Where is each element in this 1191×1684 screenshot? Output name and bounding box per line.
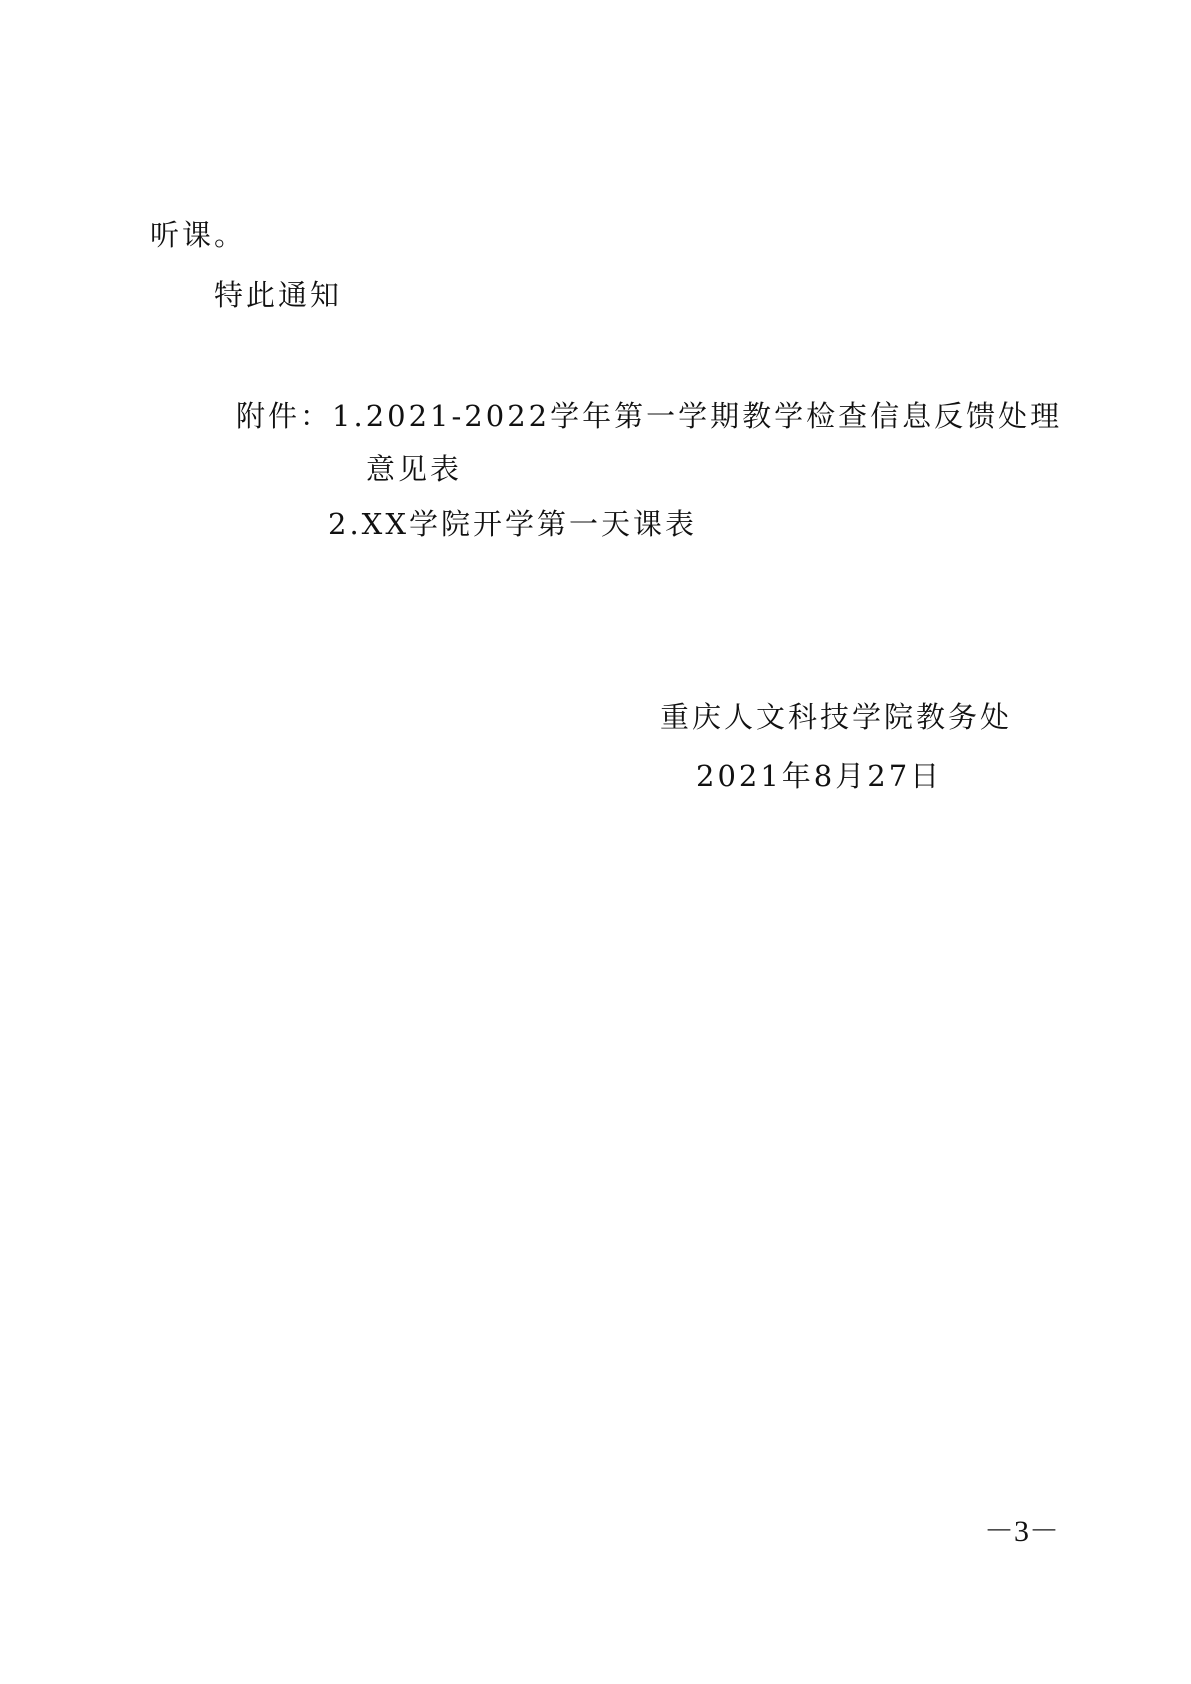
body-continuation: 听课。 — [150, 218, 246, 252]
closing-phrase: 特此通知 — [214, 278, 342, 312]
attachment-item-2: 2.XX学院开学第一天课表 — [328, 507, 697, 541]
attachment-item-1: 附件：1.2021-2022学年第一学期教学检查信息反馈处理 — [236, 399, 1062, 433]
signature-date: 2021年8月27日 — [696, 759, 942, 793]
attachment-item-1-continuation: 意见表 — [366, 452, 462, 486]
attachment-2-number: 2. — [328, 507, 362, 541]
attachment-2-title: XX学院开学第一天课表 — [362, 507, 697, 541]
page-number: －3－ — [984, 1515, 1059, 1549]
attachment-label: 附件： — [236, 399, 332, 433]
signature-organization: 重庆人文科技学院教务处 — [660, 700, 1012, 734]
attachment-1-number: 1. — [332, 399, 366, 433]
attachment-1-title: 2021-2022学年第一学期教学检查信息反馈处理 — [366, 399, 1062, 433]
